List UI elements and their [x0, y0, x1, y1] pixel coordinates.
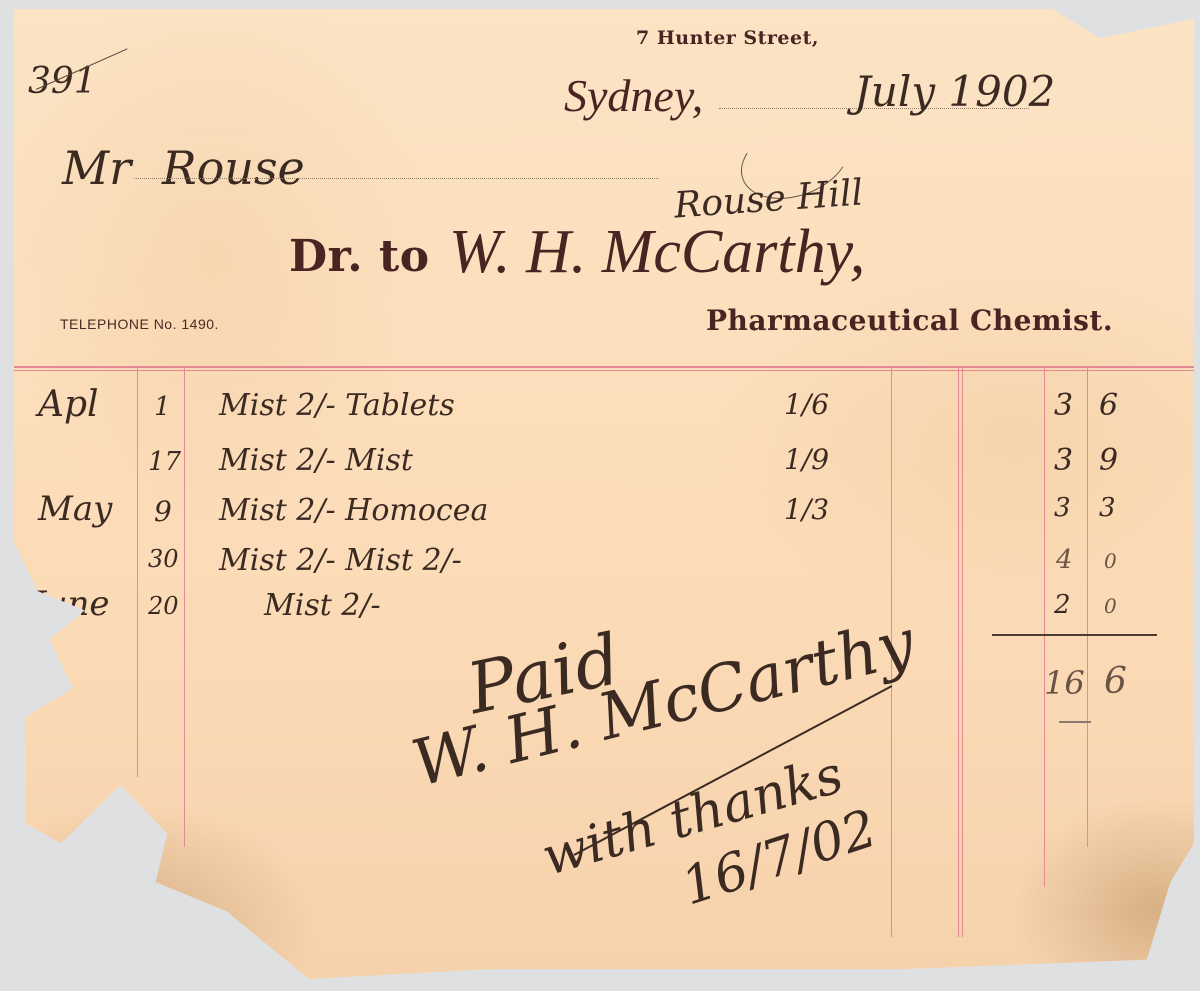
ledger-row: 17 Mist 2/- Mist 1/9 3 9	[14, 439, 1194, 479]
row-month: Apl	[38, 384, 99, 425]
row-shillings: 3	[1054, 443, 1073, 478]
customer-line	[134, 178, 659, 179]
row-day: 20	[148, 592, 179, 620]
address: 7 Hunter Street,	[636, 27, 819, 49]
row-description: Mist 2/- Mist 2/-	[219, 543, 462, 578]
row-pence: 9	[1099, 443, 1118, 478]
row-subprice: 1/3	[784, 493, 829, 526]
row-day: 1	[154, 392, 171, 422]
ledger-row: 30 Mist 2/- Mist 2/- 4 0	[14, 539, 1194, 579]
row-description: Mist 2/- Tablets	[219, 388, 455, 423]
row-shillings: 3	[1054, 493, 1071, 523]
row-subprice: 1/6	[784, 388, 829, 421]
row-description: Mist 2/- Homocea	[219, 493, 488, 528]
row-description: Mist 2/- Mist	[219, 443, 413, 478]
ledger-row: Apl 1 Mist 2/- Tablets 1/6 3 6	[14, 384, 1194, 424]
total-underline	[1059, 721, 1091, 723]
row-pence: 0	[1104, 594, 1117, 618]
debtor-label: Dr. to	[289, 231, 430, 282]
customer-prefix: Mr	[62, 141, 131, 195]
row-month: June	[32, 584, 110, 624]
city: Sydney,	[564, 69, 703, 122]
telephone: TELEPHONE No. 1490.	[60, 316, 219, 332]
ledger-row: June 20 Mist 2/- 2 0	[14, 584, 1194, 624]
row-month: May	[38, 489, 112, 529]
row-day: 9	[154, 495, 172, 528]
row-pence: 3	[1099, 493, 1116, 523]
row-shillings: 3	[1054, 388, 1073, 423]
total-pence: 6	[1104, 661, 1127, 702]
row-shillings: 2	[1054, 590, 1071, 620]
row-day: 30	[148, 545, 179, 573]
invoice-paper: 391 7 Hunter Street, Sydney, July 1902 M…	[14, 9, 1194, 979]
row-description: Mist 2/-	[264, 588, 381, 623]
customer-name: Rouse	[162, 141, 305, 195]
profession: Pharmaceutical Chemist.	[706, 304, 1113, 337]
row-shillings: 4	[1056, 545, 1073, 575]
date-handwritten: July 1902	[854, 67, 1055, 116]
ledger-row: May 9 Mist 2/- Homocea 1/3 3 3	[14, 489, 1194, 529]
merchant-name: W. H. McCarthy,	[449, 217, 865, 288]
row-subprice: 1/9	[784, 443, 829, 476]
total-shillings: 16	[1044, 664, 1085, 702]
ledger-top-rule-thin	[14, 370, 1194, 371]
row-day: 17	[148, 447, 181, 477]
ledger-top-rule	[14, 366, 1194, 368]
row-pence: 6	[1099, 388, 1118, 423]
total-rule	[992, 634, 1157, 636]
row-pence: 0	[1104, 549, 1117, 573]
